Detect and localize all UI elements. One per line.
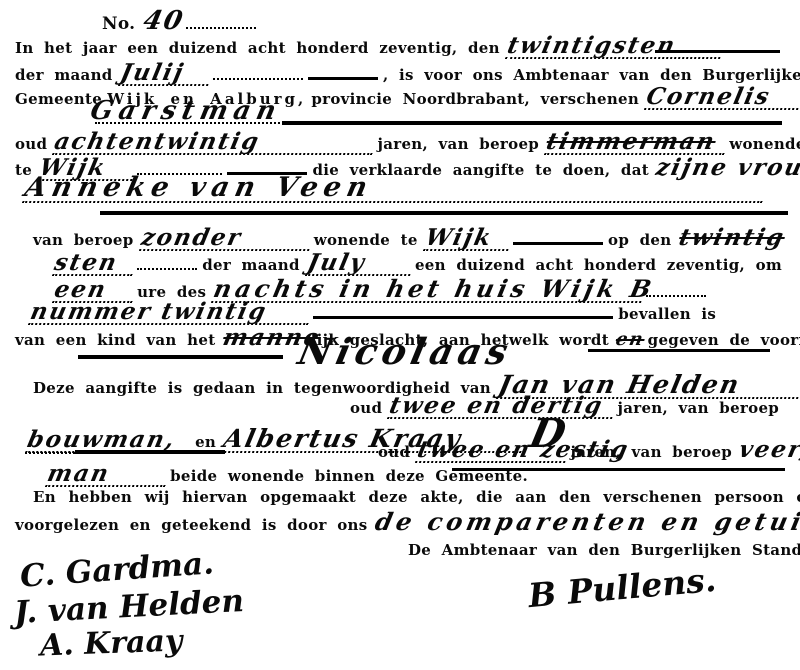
printed-delivered-label: bevallen is <box>618 305 716 323</box>
handwritten-struck-word: en <box>614 331 646 349</box>
dotted-rule <box>25 448 75 454</box>
rule-line <box>75 450 225 454</box>
printed-age-label: oud <box>15 135 47 153</box>
rule-line <box>100 211 788 215</box>
printed-month-label: der maand <box>202 256 300 274</box>
handwritten-day-suffix: sten <box>52 251 137 276</box>
handwritten-mother-occupation: zonder <box>139 226 314 251</box>
handwritten-house-number: nummer twintig <box>28 300 313 325</box>
form-line-witness2-age: oud twee en zestig jaren, van beroep vee… <box>378 438 800 463</box>
handwritten-witness2-occupation-a: veer, <box>737 438 800 461</box>
rule-line <box>282 121 782 125</box>
printed-age-label: oud <box>378 443 410 461</box>
form-line-mother-occupation: van beroep zonder wonende te Wijk op den… <box>33 226 797 251</box>
printed-occupation-label: van beroep <box>33 231 134 249</box>
printed-child-line-c: gegeven de voorna <box>648 331 800 349</box>
handwritten-birth-month: July <box>305 251 415 276</box>
printed-month-label: der maand <box>15 66 113 84</box>
printed-age-suffix: jaren, van beroep <box>378 135 540 153</box>
handwritten-witness2-age: twee en zestig <box>415 438 570 463</box>
printed-closing-line1: En hebben wij hiervan opgemaakt deze akt… <box>33 488 800 506</box>
printed-official-title: De Ambtenaar van den Burgerlijken Stand … <box>408 541 800 559</box>
handwritten-mother-residence: Wijk <box>423 226 513 251</box>
rule-line <box>588 349 770 352</box>
form-line-declarant-age: oud achtentwintig jaren, van beroep timm… <box>15 130 800 155</box>
printed-birth-year-line: een duizend acht honderd zeventig, om <box>415 256 782 274</box>
signature-official: B Pullens. <box>527 560 718 615</box>
form-line-mother-name: Anneke van Veen <box>22 174 762 203</box>
form-line-house-number: nummer twintig bevallen is <box>28 300 716 325</box>
form-line-number: No. 40 <box>102 8 256 34</box>
handwritten-birth-day: twintig <box>677 226 800 249</box>
printed-year-line: In het jaar een duizend acht honderd zev… <box>15 39 500 57</box>
handwritten-declarant-occupation: timmerman <box>544 130 729 155</box>
rule-line <box>78 355 283 359</box>
printed-province-line: provincie Noordbrabant, verschenen <box>311 90 639 108</box>
form-line-year: In het jaar een duizend acht honderd zev… <box>15 34 720 59</box>
dotted-rule <box>137 254 197 270</box>
rule-line <box>655 50 780 53</box>
form-line-closing-1: En hebben wij hiervan opgemaakt deze akt… <box>33 487 800 506</box>
handwritten-declarant-age: achtentwintig <box>52 130 377 155</box>
dotted-rule <box>95 118 280 124</box>
printed-age-suffix: jaren, van beroep <box>618 399 780 417</box>
printed-official-line: , is voor ons Ambtenaar van den Burgerli… <box>383 66 800 84</box>
form-line-witnesses-residence: man beide wonende binnen deze Gemeente. <box>45 462 528 487</box>
printed-child-line-a: van een kind van het <box>15 331 215 349</box>
birth-certificate-page: No. 40 In het jaar een duizend acht hond… <box>0 0 800 670</box>
printed-and-word: en <box>195 433 216 451</box>
printed-on-the-label: op den <box>608 231 671 249</box>
handwritten-closing: de comparenten en getuigen <box>373 510 800 534</box>
number-label: No. <box>102 14 135 34</box>
solid-rule <box>313 306 613 319</box>
handwritten-day: twintigsten <box>505 34 725 59</box>
printed-closing-line2: voorgelezen en geteekend is door ons <box>15 516 368 534</box>
form-line-birth-date: sten der maand July een duizend acht hon… <box>52 251 782 276</box>
form-line-closing-2: voorgelezen en geteekend is door ons de … <box>15 510 800 534</box>
printed-residence-label: wonende te <box>314 231 418 249</box>
solid-rule <box>308 67 378 80</box>
printed-residence-word: wonende <box>729 135 800 153</box>
dotted-rule <box>186 13 256 29</box>
form-line-official-title: De Ambtenaar van den Burgerlijken Stand … <box>408 540 800 559</box>
solid-rule <box>513 232 603 245</box>
signature-witness2: A. Kraay <box>39 624 182 664</box>
handwritten-declarant-first-name: Cornelis <box>644 85 800 110</box>
dotted-rule <box>213 64 303 80</box>
handwritten-child-name: Nicolaas <box>295 334 516 370</box>
rule-line <box>452 468 785 471</box>
handwritten-act-number: 40 <box>141 8 187 34</box>
handwritten-mother-name: Anneke van Veen <box>22 174 768 203</box>
handwritten-witness2-occupation-b: man <box>45 462 170 487</box>
handwritten-month: Julij <box>118 61 213 86</box>
form-line-child-name: Nicolaas <box>295 334 508 370</box>
